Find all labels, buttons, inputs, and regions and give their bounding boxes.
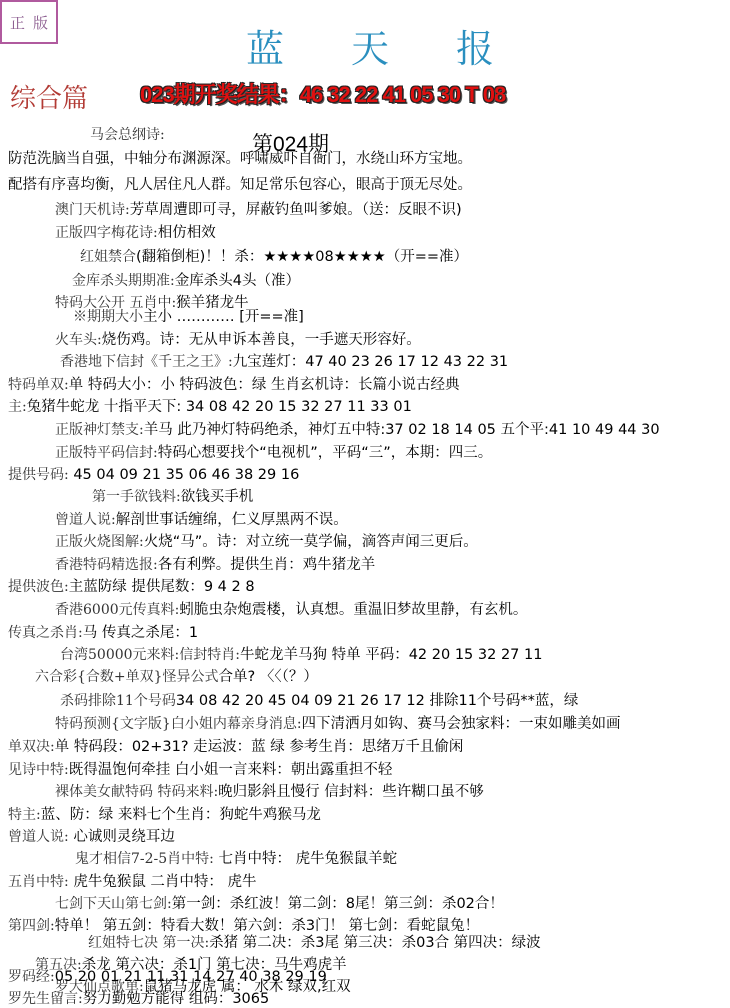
line-value: 九宝莲灯：47 40 23 26 17 12 43 22 31: [233, 354, 508, 370]
line-value: 心诚则灵绕耳边: [69, 829, 175, 845]
line-value: 特码心想要找个“电视机”，平码“三”，本期：四三。: [158, 445, 493, 461]
line-label: 罗先生留言:: [8, 991, 83, 1007]
line-label: 火车头:: [55, 332, 102, 348]
line-value: 欲钱买手机: [181, 489, 254, 505]
content-line: 六合彩{合数+单双}怪异公式合单? 〈〈（？）: [35, 666, 318, 687]
content-line: 香港6000元传真料:蚓脆虫杂炮震楼，认真想。重温旧梦故里静，有玄机。: [55, 599, 527, 620]
content-line: 澳门天机诗:芳草周遭即可寻，屏蔽钓鱼叫爹娘。（送：反眼不识): [55, 199, 462, 220]
line-label: ※期期大小: [73, 309, 143, 325]
page-title: 蓝 天 报: [246, 18, 496, 73]
badge-right: 版: [33, 12, 48, 33]
line-label: 五肖中特:: [8, 874, 69, 890]
section-label: 综合篇: [10, 78, 88, 115]
line-value: 烧伤鸡。诗：无从申诉本善良，一手遮天形容好。: [102, 332, 421, 348]
content-line: 正版火烧图解:火烧“马”。诗：对立统一莫学偏，滴答声闻三更后。: [55, 531, 478, 552]
line-label: 台湾50000元来料:信封特肖:: [60, 647, 240, 663]
content-line: 特码单双:单 特码大小：小 特码波色：绿 生肖玄机诗：长篇小说古经典: [8, 374, 460, 395]
line-value: 单 特码段：02+31? 走运波：蓝 绿 参考生肖：思绪万千且偷闲: [55, 739, 464, 755]
official-badge: 正 版: [0, 0, 58, 44]
footer-line: 罗先生留言:努力勤勉方能得 组码：3065: [8, 988, 269, 1008]
line-value: 主蓝防绿 提供尾数：9 4 2 8: [69, 579, 255, 595]
title-char-1: 蓝: [246, 18, 286, 73]
line-value: (翻箱倒柜)！！杀：★★★★08★★★★（开==准）: [136, 249, 468, 265]
content-line: 台湾50000元来料:信封特肖:牛蛇龙羊马狗 特单 平码：42 20 15 32…: [60, 644, 542, 665]
line-label: 红姐禁合: [80, 249, 136, 265]
content-line: 红姐特七决 第一决:杀猪 第二决：杀3尾 第三决：杀03合 第四决：绿波: [88, 932, 541, 953]
content-line: 裸体美女献特码 特码来料:晚归影斜且慢行 信封料：些许糊口虽不够: [55, 781, 484, 802]
line-label: 正版四字梅花诗:: [55, 225, 158, 241]
line-value: 34 08 42 20 45 04 09 21 26 17 12 排除11个号码…: [176, 693, 579, 709]
line-value: 各有利弊。提供生肖：鸡牛猪龙羊: [158, 557, 376, 573]
content-line: 马会总纲诗:: [90, 124, 165, 145]
content-line: ※期期大小主小 ………… [开==准]: [73, 306, 304, 327]
line-value: 晚归影斜且慢行 信封料：些许糊口虽不够: [218, 784, 484, 800]
content-line: 火车头:烧伤鸡。诗：无从申诉本善良，一手遮天形容好。: [55, 329, 421, 350]
title-char-2: 天: [351, 18, 391, 73]
content-line: 主:兔猪牛蛇龙 十指平天下: 34 08 42 20 15 32 27 11 3…: [8, 396, 412, 417]
line-value: 兔猪牛蛇龙 十指平天下: 34 08 42 20 15 32 27 11 33 …: [27, 399, 412, 415]
content-line: 杀码排除11个号码34 08 42 20 45 04 09 21 26 17 1…: [60, 690, 578, 711]
content-line: 防范洗脑当自强，中轴分布渊源深。呼啸威吓自衙门，水绕山环方宝地。: [8, 148, 472, 169]
line-value: 单 特码大小：小 特码波色：绿 生肖玄机诗：长篇小说古经典: [69, 377, 460, 393]
line-value: 防范洗脑当自强，中轴分布渊源深。呼啸威吓自衙门，水绕山环方宝地。: [8, 151, 472, 167]
content-line: 正版特平码信封:特码心想要找个“电视机”，平码“三”，本期：四三。: [55, 442, 492, 463]
line-value: 第一剑：杀红波！第二剑：8尾！第三剑：杀02合！: [172, 896, 504, 912]
line-label: 杀码排除11个号码: [60, 693, 176, 709]
line-value: 四下清洒月如钩、赛马会独家料：一束如雕美如画: [302, 716, 621, 732]
content-line: 曾道人说:解剖世事话缠绵，仁义厚黑两不误。: [55, 509, 348, 530]
line-value: 解剖世事话缠绵，仁义厚黑两不误。: [116, 512, 348, 528]
content-line: 五肖中特: 虎牛兔猴鼠 二肖中特： 虎牛: [8, 871, 257, 892]
content-line: 提供波色:主蓝防绿 提供尾数：9 4 2 8: [8, 576, 255, 597]
line-label: 香港地下信封《千王之王》:: [60, 354, 233, 370]
line-label: 金库杀头期期准:: [72, 273, 175, 289]
line-label: 单双决:: [8, 739, 55, 755]
line-value: 牛蛇龙羊马狗 特单 平码：42 20 15 32 27 11: [240, 647, 542, 663]
content-line: 红姐禁合(翻箱倒柜)！！杀：★★★★08★★★★（开==准）: [80, 246, 468, 267]
line-label: 正版特平码信封:: [55, 445, 158, 461]
line-label: 曾道人说:: [8, 829, 69, 845]
content-line: 特主:蓝、防：绿 来料七个生肖：狗蛇牛鸡猴马龙: [8, 804, 321, 825]
line-value: 虎牛兔猴鼠 二肖中特： 虎牛: [69, 874, 257, 890]
line-value: 七肖中特： 虎牛兔猴鼠羊蛇: [214, 851, 397, 867]
content-line: 传真之杀肖:马 传真之杀尾：1: [8, 622, 198, 643]
line-label: 红姐特七决 第一决:: [88, 935, 209, 951]
line-label: 澳门天机诗:: [55, 202, 130, 218]
line-value: 45 04 09 21 35 06 46 38 29 16: [69, 467, 300, 483]
content-line: 第一手欲钱料:欲钱买手机: [92, 486, 253, 507]
line-value: 努力勤勉方能得 组码：3065: [83, 991, 270, 1007]
line-label: 鬼才相信7-2-5肖中特:: [75, 851, 214, 867]
line-value: 主小 ………… [开==准]: [143, 309, 304, 325]
footer-line: 罗码经:05 20 01 21 11 31 14 27 40 38 29 19: [8, 966, 327, 987]
line-label: 罗码经:: [8, 969, 55, 985]
badge-left: 正: [10, 12, 25, 33]
content-line: 金库杀头期期准:金库杀头4头（准）: [72, 270, 300, 291]
line-value: 既得温饱何牵挂 白小姐一言来料：朝出露重担不轻: [69, 762, 393, 778]
draw-result: 023期开奖结果：46 32 22 41 05 30 T 08: [140, 78, 505, 109]
line-label: 曾道人说:: [55, 512, 116, 528]
line-label: 正版火烧图解:: [55, 534, 144, 550]
line-label: 七剑下天山第七剑:: [55, 896, 172, 912]
line-label: 第四剑:: [8, 918, 55, 934]
line-value: 配搭有序喜均衡，凡人居住凡人群。知足常乐包容心，眼高于顶无尽处。: [8, 177, 472, 193]
line-value: 相仿相效: [158, 225, 216, 241]
line-label: 见诗中特:: [8, 762, 69, 778]
line-label: 主:: [8, 399, 27, 415]
content-line: 鬼才相信7-2-5肖中特: 七肖中特： 虎牛兔猴鼠羊蛇: [75, 848, 397, 869]
content-line: 正版神灯禁支:羊马 此乃神灯特码绝杀，神灯五中特:37 02 18 14 05 …: [55, 419, 660, 440]
line-label: 提供号码:: [8, 467, 69, 483]
line-value: 05 20 01 21 11 31 14 27 40 38 29 19: [55, 969, 327, 985]
line-value: 羊马 此乃神灯特码绝杀，神灯五中特:37 02 18 14 05 五个平:41 …: [144, 422, 660, 438]
line-label: 传真之杀肖:: [8, 625, 83, 641]
line-value: 火烧“马”。诗：对立统一莫学偏，滴答声闻三更后。: [144, 534, 478, 550]
line-value: 蓝、防：绿 来料七个生肖：狗蛇牛鸡猴马龙: [41, 807, 321, 823]
content-line: 七剑下天山第七剑:第一剑：杀红波！第二剑：8尾！第三剑：杀02合！: [55, 893, 504, 914]
content-line: 香港特码精选报:各有利弊。提供生肖：鸡牛猪龙羊: [55, 554, 375, 575]
line-value: 芳草周遭即可寻，屏蔽钓鱼叫爹娘。（送：反眼不识): [130, 202, 462, 218]
line-label: 香港6000元传真料:: [55, 602, 179, 618]
line-label: 第一手欲钱料:: [92, 489, 181, 505]
line-value: 杀猪 第二决：杀3尾 第三决：杀03合 第四决：绿波: [209, 935, 541, 951]
content-line: 提供号码: 45 04 09 21 35 06 46 38 29 16: [8, 464, 299, 485]
line-value: 蚓脆虫杂炮震楼，认真想。重温旧梦故里静，有玄机。: [179, 602, 527, 618]
title-char-3: 报: [456, 18, 496, 73]
line-label: 特码单双:: [8, 377, 69, 393]
content-line: 单双决:单 特码段：02+31? 走运波：蓝 绿 参考生肖：思绪万千且偷闲: [8, 736, 463, 757]
line-label: 正版神灯禁支:: [55, 422, 144, 438]
content-line: 特码预测{文字版}白小姐内幕亲身消息:四下清洒月如钩、赛马会独家料：一束如雕美如…: [55, 713, 621, 734]
line-label: 特码预测{文字版}白小姐内幕亲身消息:: [55, 716, 302, 732]
content-line: 正版四字梅花诗:相仿相效: [55, 222, 216, 243]
content-line: 香港地下信封《千王之王》:九宝莲灯：47 40 23 26 17 12 43 2…: [60, 351, 508, 372]
content-line: 曾道人说: 心诚则灵绕耳边: [8, 826, 175, 847]
line-label: 提供波色:: [8, 579, 69, 595]
line-label: 六合彩{合数+单双}怪异公式: [35, 669, 219, 685]
line-value: 合单? 〈〈（？）: [219, 669, 318, 685]
line-label: 特主:: [8, 807, 41, 823]
line-label: 裸体美女献特码 特码来料:: [55, 784, 218, 800]
line-value: 金库杀头4头（准）: [175, 273, 300, 289]
line-label: 香港特码精选报:: [55, 557, 158, 573]
line-label: 马会总纲诗:: [90, 127, 165, 143]
content-line: 配搭有序喜均衡，凡人居住凡人群。知足常乐包容心，眼高于顶无尽处。: [8, 174, 472, 195]
line-value: 马 传真之杀尾：1: [83, 625, 198, 641]
content-line: 见诗中特:既得温饱何牵挂 白小姐一言来料：朝出露重担不轻: [8, 759, 392, 780]
